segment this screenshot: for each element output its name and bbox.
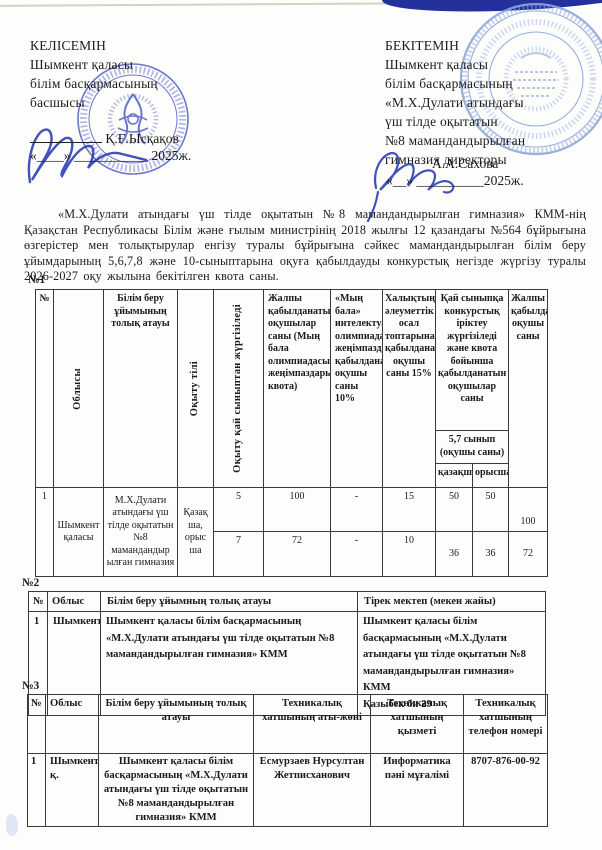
approve-left-line: басшысы: [30, 93, 158, 112]
approve-right-line: БЕКІТЕМІН: [385, 36, 525, 55]
t1-header-russian: орысша: [473, 464, 509, 488]
t1-header-social: Халықтың әлеуметтік осал топтарынан қабы…: [383, 290, 436, 488]
t1-header-no: №: [36, 290, 54, 488]
t2-school-name: Шымкент қаласы білім басқармасының «М.Х.…: [363, 614, 540, 697]
t1-header-kazakh: қазақша: [436, 464, 473, 488]
t1-cell-lang: Қазақ ша, орыс ша: [178, 488, 214, 577]
t1-header-region: Облысы: [54, 290, 104, 488]
t2-header-region: Облыс: [48, 592, 101, 612]
t1-header-contest: Қай сыныпқа конкурстық іріктеу жүргізіле…: [436, 290, 509, 431]
t3-header-no: №: [28, 695, 46, 754]
approve-right-line: үш тілде оқытатын: [385, 112, 525, 131]
t3-cell-region: Шымкент қ.: [46, 754, 99, 827]
t1-cell-rus: 50: [473, 488, 509, 532]
t1-cell-org: М.Х.Дулати атындағы үш тілде оқытатын №8…: [104, 488, 178, 577]
t1-cell-social: 15: [383, 488, 436, 532]
approve-left-line: Шымкент қаласы: [30, 55, 158, 74]
t1-cell-myn: -: [331, 488, 383, 532]
scan-edge-line: [0, 1, 602, 7]
secretary-table: № Облыс Білім беру ұйымының толық атауы …: [27, 694, 548, 827]
t1-cell-grade: 7: [214, 532, 264, 577]
scan-corner-mark: [381, 0, 602, 17]
approve-right-line: «М.Х.Дулати атындағы: [385, 93, 525, 112]
t1-cell-no: 1: [36, 488, 54, 577]
t1-cell-rus: 36: [473, 532, 509, 577]
t1-cell-region: Шымкент қаласы: [54, 488, 104, 577]
t1-cell-grade: 5: [214, 488, 264, 532]
t1-header-org: Білім беру ұйымының толық атауы: [104, 290, 178, 488]
ink-smudge: [6, 814, 18, 836]
t3-cell-org: Шымкент қаласы білім басқармасының «М.Х.…: [99, 754, 254, 827]
table2-label: №2: [22, 577, 39, 589]
table1-label: №1: [28, 274, 45, 286]
t1-cell-total: 100: [264, 488, 331, 532]
t2-header-no: №: [29, 592, 48, 612]
intro-paragraph: «М.Х.Дулати атындағы үш тілде оқытатын №…: [24, 207, 586, 285]
t1-header-grade: Оқыту қай сыныптан жүргізіледі: [214, 290, 264, 488]
t3-header-org: Білім беру ұйымының толық атауы: [99, 695, 254, 754]
t3-data-row: 1 Шымкент қ. Шымкент қаласы білім басқар…: [28, 754, 548, 827]
t3-header-phone: Техникалық хатшының телефон номері: [464, 695, 548, 754]
t1-cell-overall: 72: [509, 532, 548, 577]
approval-block-right: БЕКІТЕМІН Шымкент қаласы білім басқармас…: [385, 36, 525, 169]
approve-right-line: білім басқармасының: [385, 74, 525, 93]
scanned-document-page: КЕЛІСЕМІН Шымкент қаласы білім басқармас…: [0, 0, 602, 850]
t1-cell-kaz: 50: [436, 488, 473, 532]
t1-data-row-grade5: 1 Шымкент қаласы М.Х.Дулати атындағы үш …: [36, 488, 548, 532]
t3-cell-phone: 8707-876-00-92: [464, 754, 548, 827]
t1-cell-kaz: 36: [436, 532, 473, 577]
table3-label: №3: [22, 680, 39, 692]
approve-left-line: КЕЛІСЕМІН: [30, 36, 158, 55]
approver-name-right: А.А.Сахова: [432, 156, 498, 172]
t1-cell-social: 10: [383, 532, 436, 577]
approve-left-line: білім басқармасының: [30, 74, 158, 93]
t1-header-overall: Жалпы қабылданатын оқушы саны: [509, 290, 548, 488]
signature-line-left: Қ.Ғ.Ысқақов: [30, 130, 179, 147]
t3-header-position: Техникалық хатшының қызметі: [371, 695, 464, 754]
t1-header-lang: Оқыту тілі: [178, 290, 214, 488]
t3-cell-secretary: Есмурзаев Нурсултан Жетписханович: [254, 754, 371, 827]
quota-table: № Облысы Білім беру ұйымының толық атауы…: [35, 289, 548, 577]
approve-right-line: №8 мамандандырылған: [385, 131, 525, 150]
t3-header-name: Техникалық хатшының аты-жөні: [254, 695, 371, 754]
t1-cell-total: 72: [264, 532, 331, 577]
signature-rule: [30, 130, 102, 143]
approve-right-line: Шымкент қаласы: [385, 55, 525, 74]
date-line-left: «____» ___________ 2025ж.: [30, 148, 191, 164]
t1-cell-overall: 100: [509, 488, 548, 532]
t2-header-org: Білім беру ұйымның толық атауы: [101, 592, 358, 612]
t3-cell-position: Информатика пәні мұғалімі: [371, 754, 464, 827]
t1-header-total-quota: Жалпы қабылданатын оқушылар саны (Мың ба…: [264, 290, 331, 488]
t2-header-school: Тірек мектеп (мекен жайы): [358, 592, 546, 612]
t3-header-region: Облыс: [46, 695, 99, 754]
approver-name-left: Қ.Ғ.Ысқақов: [105, 131, 179, 146]
t3-cell-no: 1: [28, 754, 46, 827]
t1-header-contest-sub: 5,7 сынып (оқушы саны): [436, 431, 509, 464]
approval-block-left: КЕЛІСЕМІН Шымкент қаласы білім басқармас…: [30, 36, 158, 112]
date-line-right: «__» __________2025ж.: [386, 173, 524, 189]
t1-header-myn-bala: «Мың бала» интелектуалды олимпиадасының …: [331, 290, 383, 488]
t1-cell-myn: -: [331, 532, 383, 577]
